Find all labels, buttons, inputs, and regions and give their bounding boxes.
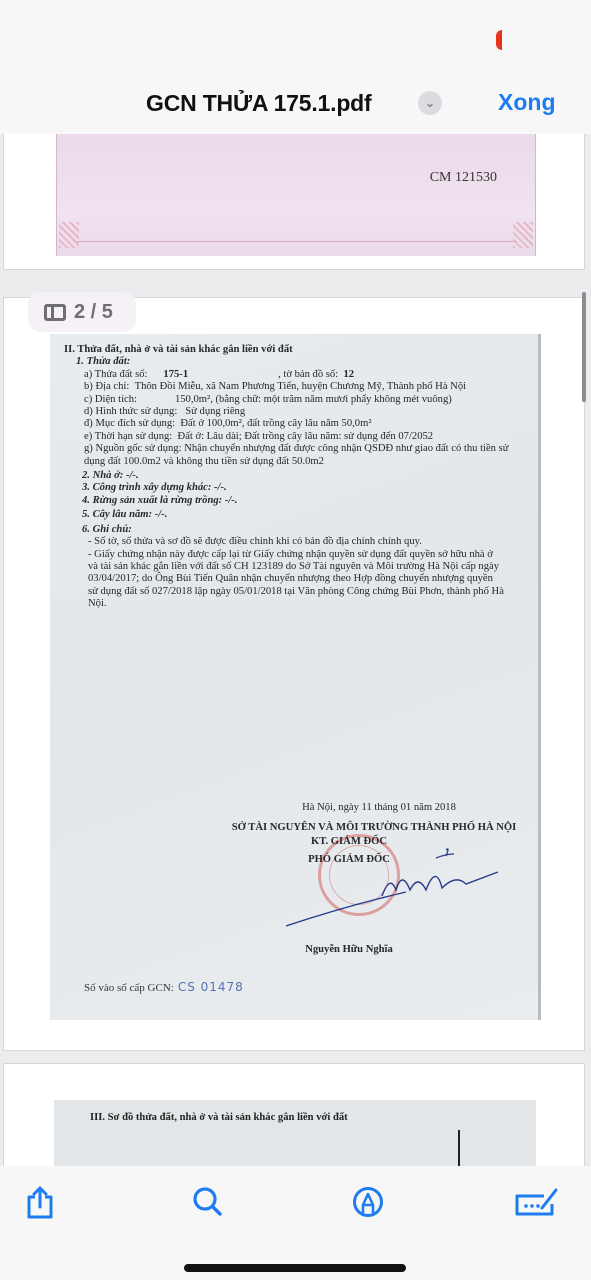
land-item-e: e) Thời hạn sử dụng: Đất ở: Lâu dài; Đất…: [64, 431, 530, 443]
land-item-g: g) Nguồn gốc sử dụng: Nhận chuyển nhượng…: [64, 443, 530, 468]
home-indicator: [184, 1264, 406, 1272]
certificate-cover: CM 121530: [56, 134, 536, 256]
pdf-page-3: III. Sơ đồ thửa đất, nhà ở và tài sản kh…: [4, 1064, 584, 1166]
scanned-document: II. Thửa đất, nhà ở và tài sản khác gắn …: [50, 334, 541, 1020]
handwritten-signature: [286, 844, 506, 934]
land-item-dd: đ) Mục đích sử dụng: Đất ở 100,0m², đất …: [64, 418, 530, 430]
search-icon: [192, 1186, 224, 1218]
pdf-viewer[interactable]: CM 121530 II. Thửa đất, nhà ở và tài sản…: [0, 134, 591, 1166]
scrollbar[interactable]: [582, 292, 586, 402]
item-other-construction: 3. Công trình xây dựng khác: -/-.: [64, 482, 530, 494]
share-button[interactable]: [18, 1180, 62, 1224]
bottom-toolbar: [0, 1166, 591, 1280]
page-indicator[interactable]: 2 / 5: [28, 292, 136, 332]
signature-org: SỞ TÀI NGUYÊN VÀ MÔI TRƯỜNG THÀNH PHỐ HÀ…: [210, 822, 538, 833]
north-arrow-icon: [458, 1130, 460, 1166]
land-item-d: d) Hình thức sử dụng: Sử dụng riêng: [64, 406, 530, 418]
chevron-down-icon[interactable]: ⌄: [418, 91, 442, 115]
section-title: II. Thửa đất, nhà ở và tài sản khác gắn …: [64, 344, 530, 356]
share-icon: [25, 1185, 55, 1219]
markup-button[interactable]: [346, 1180, 390, 1224]
section-title-3: III. Sơ đồ thửa đất, nhà ở và tài sản kh…: [90, 1112, 348, 1123]
signer-name: Nguyễn Hữu Nghĩa: [160, 944, 538, 955]
note-2: - Giấy chứng nhận này được cấp lại từ Gi…: [64, 549, 530, 611]
land-item-b: b) Địa chỉ: Thôn Đồi Miễu, xã Nam Phương…: [64, 381, 530, 393]
status-bar: [0, 0, 591, 70]
registry-number-row: Số vào sổ cấp GCN:CS 01478: [84, 980, 244, 994]
item-perennial-trees: 5. Cây lâu năm: -/-.: [64, 509, 530, 521]
item-house: 2. Nhà ở: -/-.: [64, 470, 530, 482]
pdf-page-2: II. Thửa đất, nhà ở và tài sản khác gắn …: [4, 298, 584, 1050]
item-notes-heading: 6. Ghi chú:: [64, 524, 530, 536]
document-body: II. Thửa đất, nhà ở và tài sản khác gắn …: [64, 344, 530, 611]
land-item-a: a) Thửa đất số: 175-1, tờ bản đồ số: 12: [64, 369, 530, 381]
document-title[interactable]: GCN THỬA 175.1.pdf: [146, 90, 372, 117]
land-item-c: c) Diện tích:150,0m², (bằng chữ: một tră…: [64, 394, 530, 406]
note-1: - Số tờ, số thửa và sơ đồ sẽ được điều c…: [64, 536, 530, 548]
signature-date: Hà Nội, ngày 11 tháng 01 năm 2018: [220, 802, 538, 813]
markup-pen-icon: [352, 1186, 384, 1218]
item-planted-forest: 4. Rừng sản xuất là rừng trồng: -/-.: [64, 495, 530, 507]
scanned-document-page-3: III. Sơ đồ thửa đất, nhà ở và tài sản kh…: [54, 1100, 536, 1166]
signature-button[interactable]: [512, 1180, 562, 1224]
sidebar-icon: [44, 304, 66, 321]
registry-number: CS 01478: [178, 980, 244, 994]
done-button[interactable]: Xong: [498, 89, 556, 116]
pdf-page-1: CM 121530: [4, 134, 584, 269]
signature-icon: [514, 1186, 560, 1218]
search-button[interactable]: [186, 1180, 230, 1224]
recording-indicator: [496, 30, 502, 50]
land-heading: 1. Thửa đất:: [64, 356, 530, 368]
certificate-number: CM 121530: [430, 170, 497, 186]
